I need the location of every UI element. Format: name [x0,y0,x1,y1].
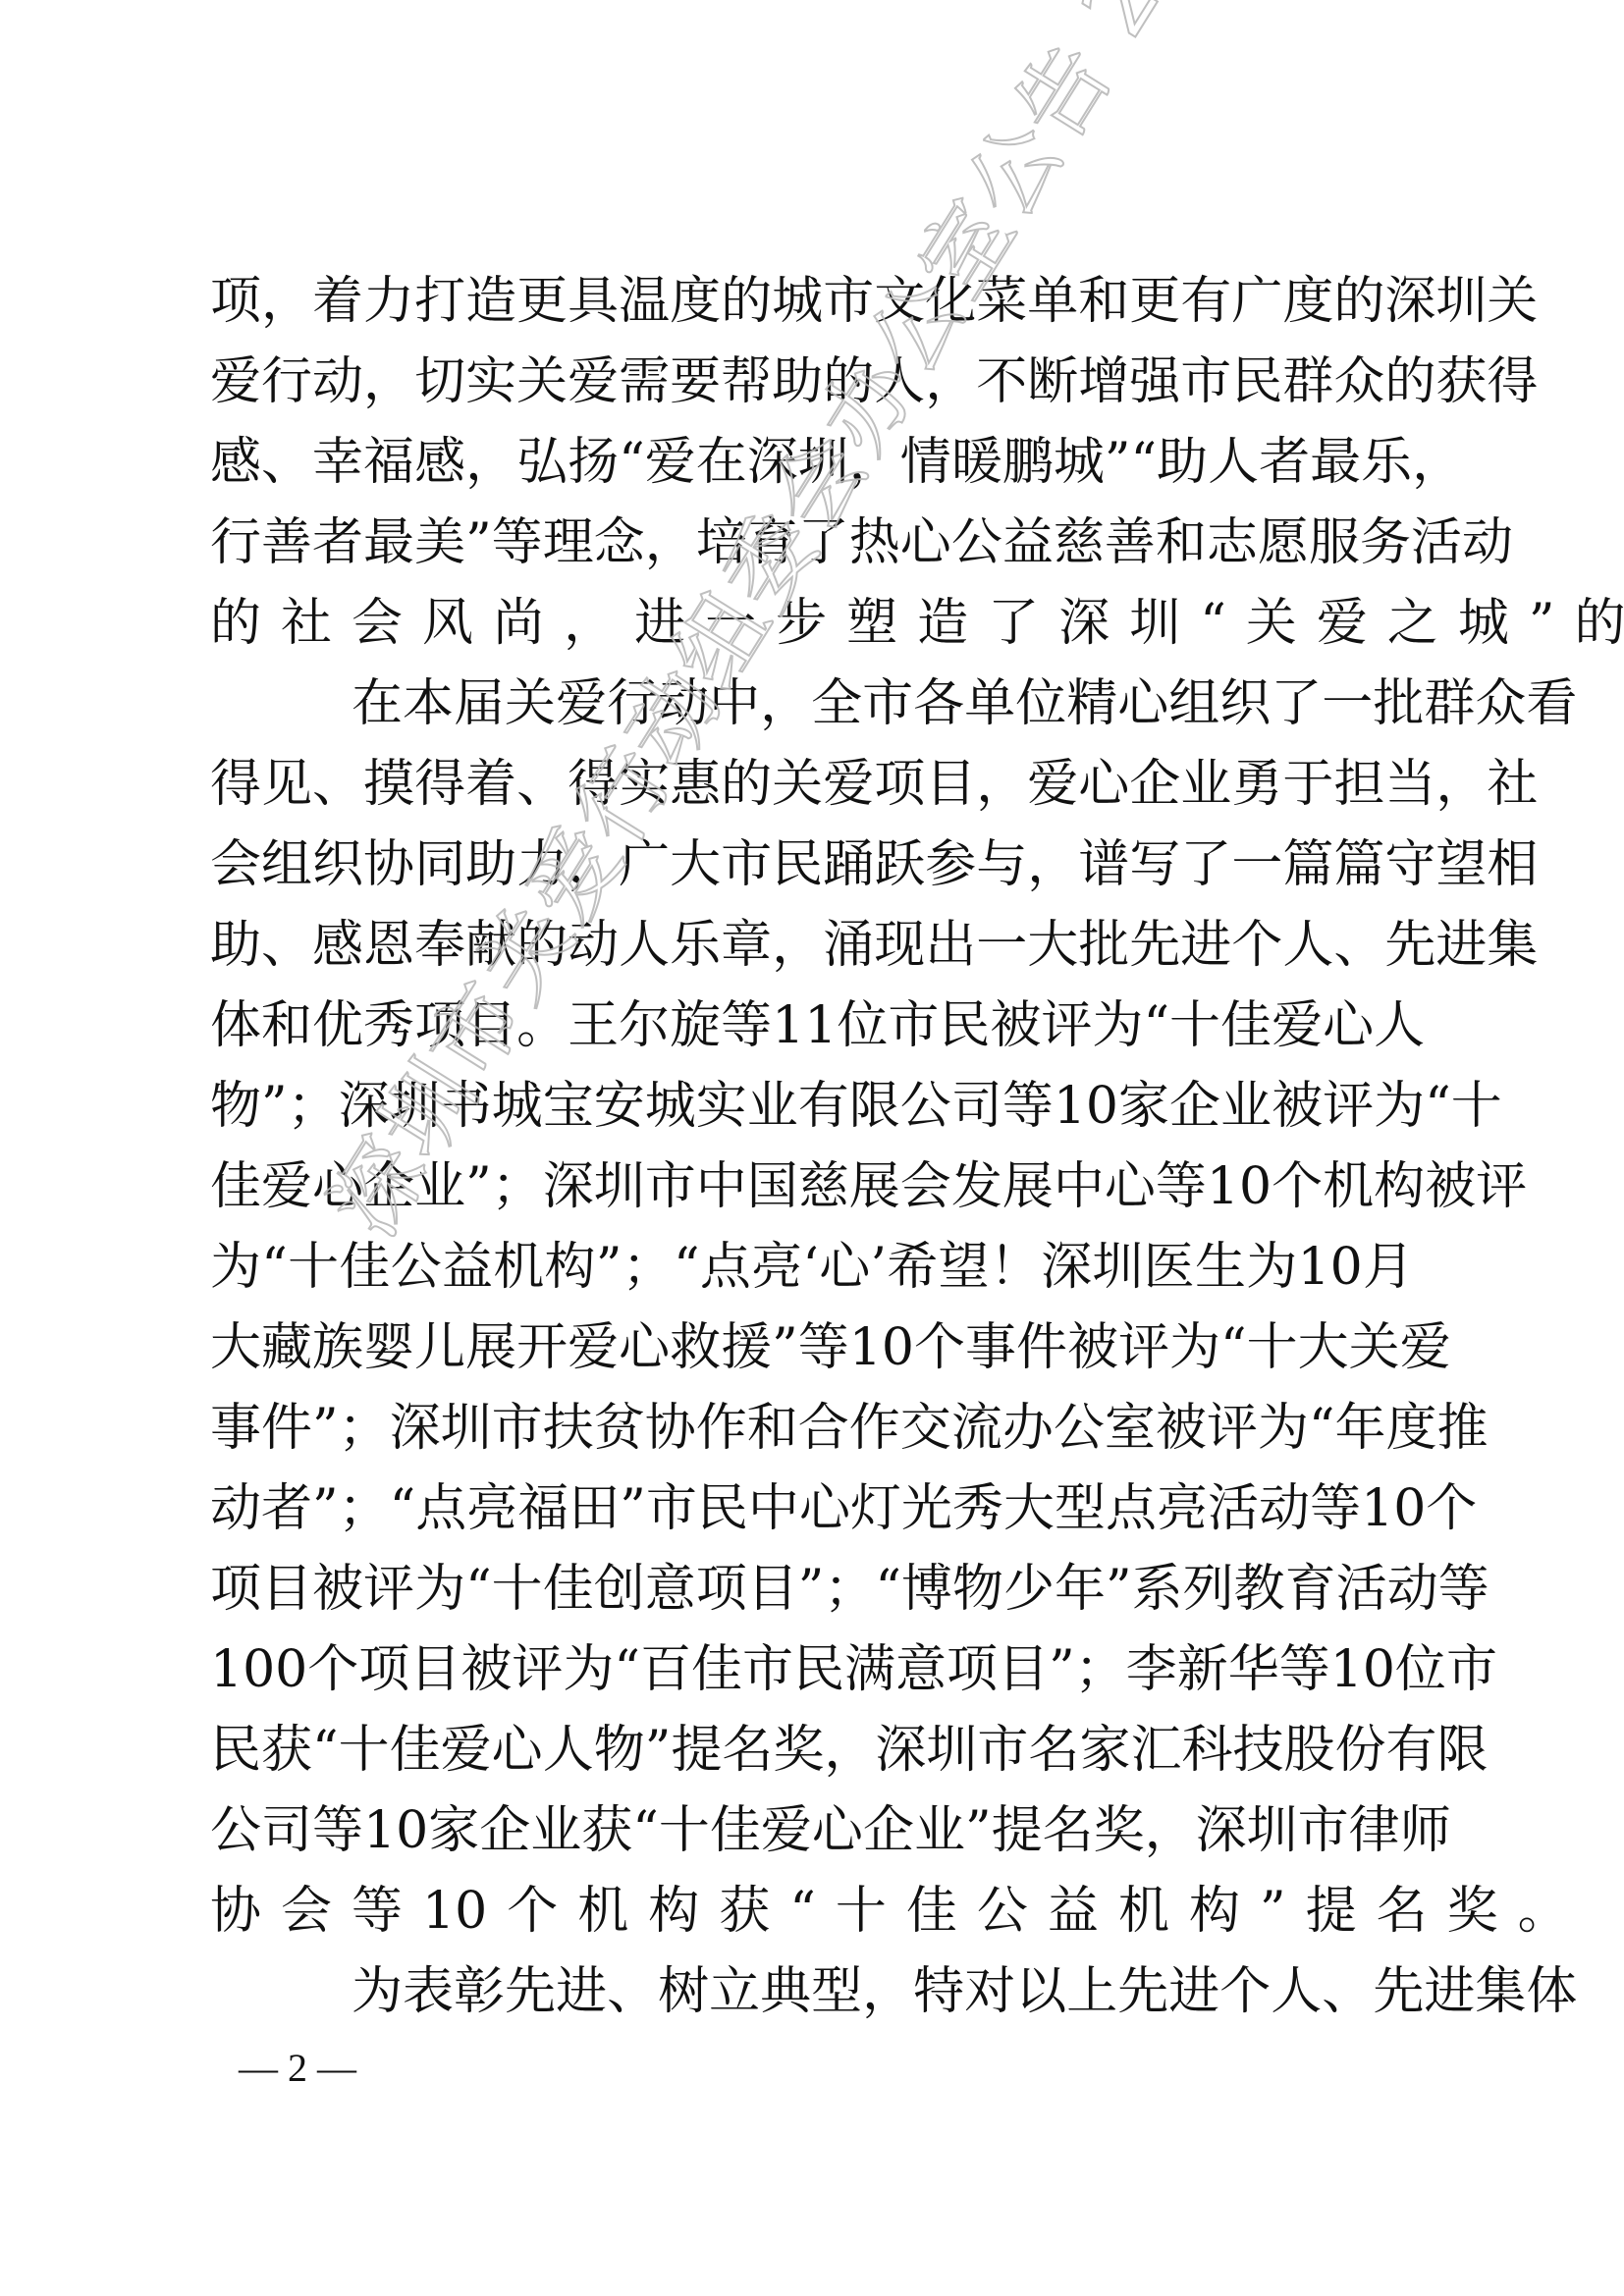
text-line: 协会等10个机构获“十佳公益机构”提名奖。 [210,1871,1414,1951]
text-line: 佳爱心企业”；深圳市中国慈展会发展中心等10个机构被评 [210,1147,1414,1227]
paragraph: 在本届关爱行动中，全市各单位精心组织了一批群众看得见、摸得着、得实惠的关爱项目，… [210,664,1414,1951]
text-line: 爱行动，切实关爱需要帮助的人，不断增强市民群众的获得 [210,342,1414,422]
text-line: 民获“十佳爱心人物”提名奖，深圳市名家汇科技股份有限 [210,1710,1414,1790]
text-line: 为表彰先进、树立典型，特对以上先进个人、先进集体 [210,1951,1414,2032]
page-number: — 2 — [239,2044,356,2093]
text-line: 项目被评为“十佳创意项目”；“博物少年”系列教育活动等 [210,1549,1414,1629]
text-line: 感、幸福感，弘扬“爱在深圳，情暖鹏城”“助人者最乐， [210,422,1414,503]
text-line: 的社会风尚，进一步塑造了深圳“关爱之城”的城市特质。 [210,583,1414,664]
text-line: 行善者最美”等理念，培育了热心公益慈善和志愿服务活动 [210,503,1414,583]
text-line: 大藏族婴儿展开爱心救援”等10个事件被评为“十大关爱 [210,1308,1414,1388]
text-line: 公司等10家企业获“十佳爱心企业”提名奖，深圳市律师 [210,1790,1414,1871]
text-line: 动者”；“点亮福田”市民中心灯光秀大型点亮活动等10个 [210,1468,1414,1549]
document-body: 项，着力打造更具温度的城市文化菜单和更有广度的深圳关爱行动，切实关爱需要帮助的人… [210,261,1414,2032]
text-line: 项，着力打造更具温度的城市文化菜单和更有广度的深圳关 [210,261,1414,342]
paragraph: 为表彰先进、树立典型，特对以上先进个人、先进集体 [210,1951,1414,2032]
text-line: 会组织协同助力，广大市民踊跃参与，谱写了一篇篇守望相 [210,825,1414,905]
text-line: 体和优秀项目。王尔旋等11位市民被评为“十佳爱心人 [210,986,1414,1066]
text-line: 事件”；深圳市扶贫协作和合作交流办公室被评为“年度推 [210,1388,1414,1468]
document-page: 项，着力打造更具温度的城市文化菜单和更有广度的深圳关爱行动，切实关爱需要帮助的人… [0,0,1624,2296]
text-line: 物”；深圳书城宝安城实业有限公司等10家企业被评为“十 [210,1066,1414,1147]
paragraph: 项，着力打造更具温度的城市文化菜单和更有广度的深圳关爱行动，切实关爱需要帮助的人… [210,261,1414,664]
text-line: 为“十佳公益机构”；“点亮‘心’希望！深圳医生为10月 [210,1227,1414,1308]
text-line: 在本届关爱行动中，全市各单位精心组织了一批群众看 [210,664,1414,744]
text-line: 得见、摸得着、得实惠的关爱项目，爱心企业勇于担当，社 [210,744,1414,825]
text-line: 100个项目被评为“百佳市民满意项目”；李新华等10位市 [210,1629,1414,1710]
text-line: 助、感恩奉献的动人乐章，涌现出一大批先进个人、先进集 [210,905,1414,986]
